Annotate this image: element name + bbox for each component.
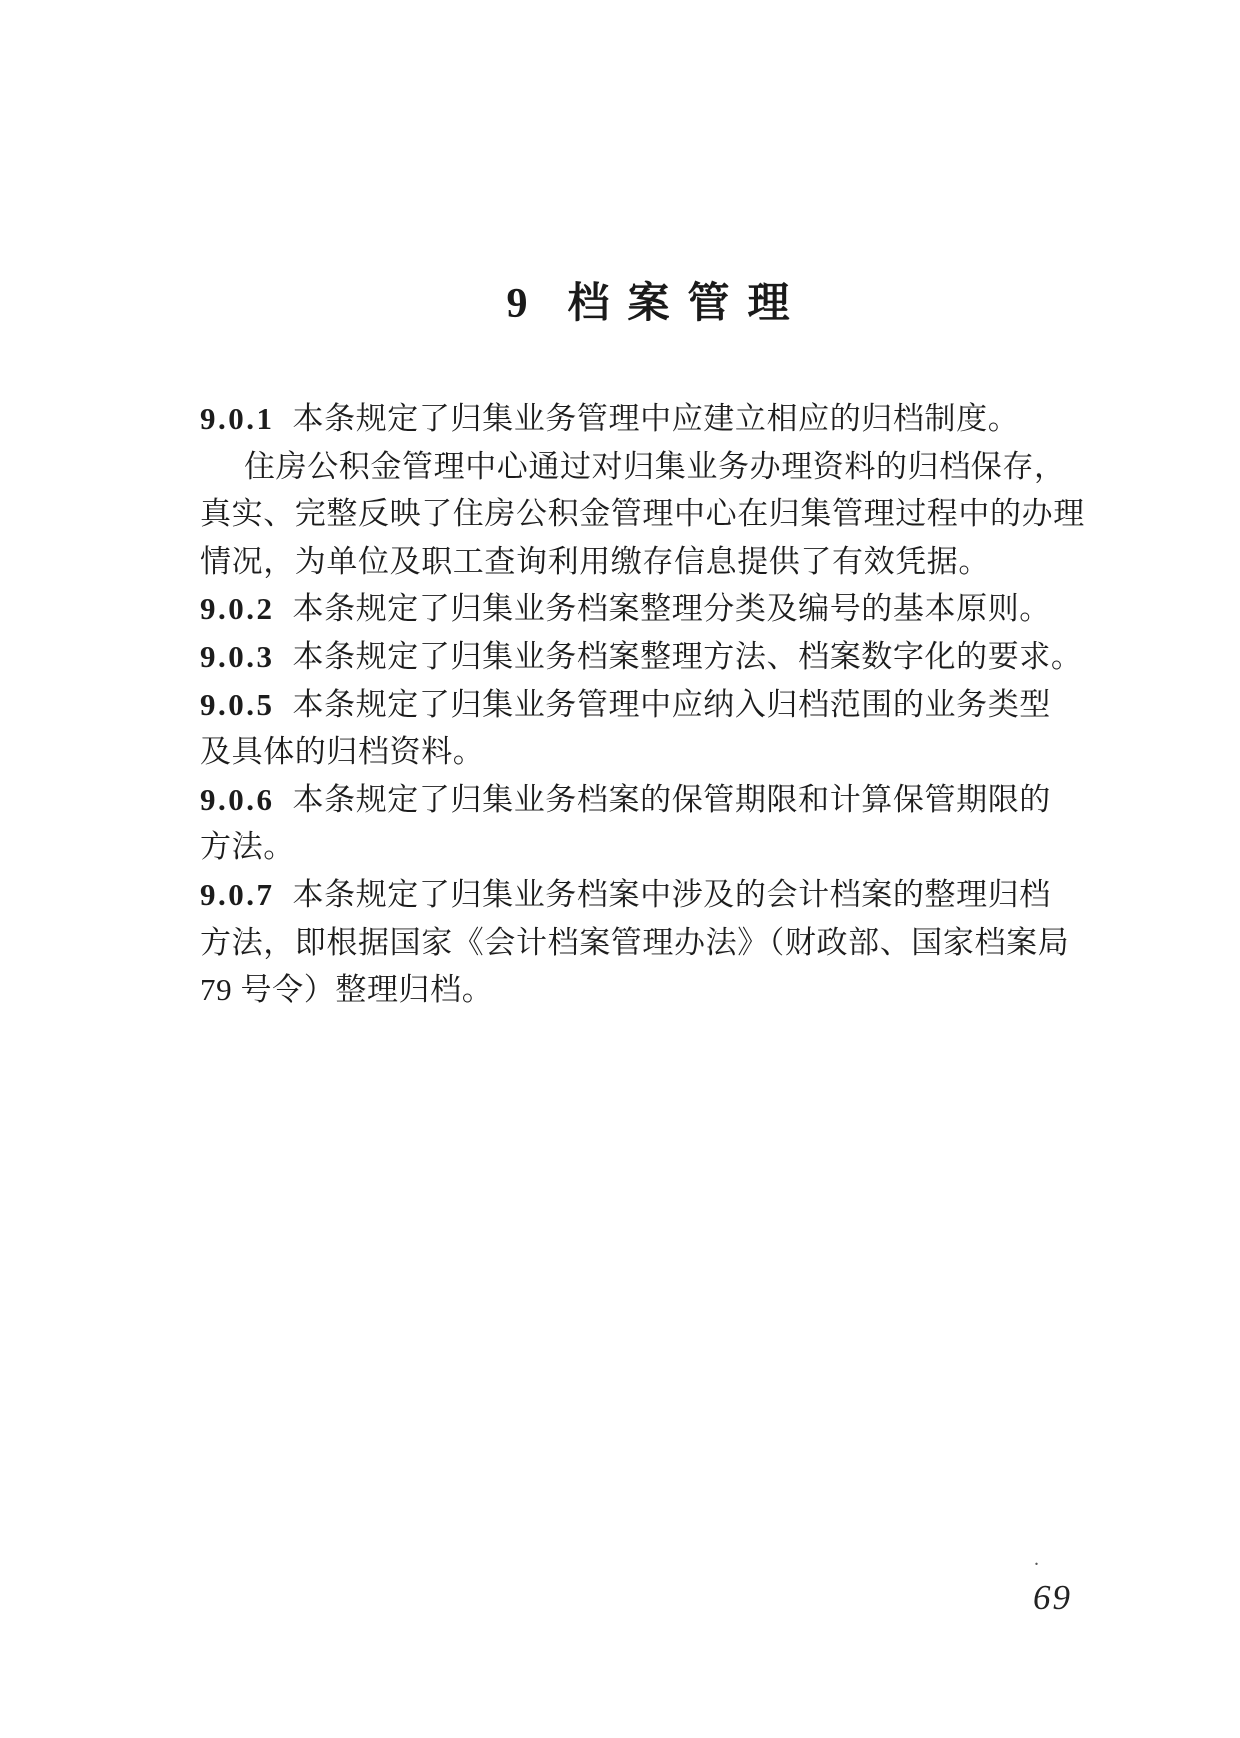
paragraph-line: 真实、完整反映了住房公积金管理中心在归集管理过程中的办理	[200, 490, 1092, 538]
paragraph-9-0-3: 9.0.3本条规定了归集业务档案整理方法、档案数字化的要求。	[200, 633, 1092, 681]
paragraph-line: 情况，为单位及职工查询利用缴存信息提供了有效凭据。	[200, 538, 1092, 586]
chapter-title: 9档案管理	[0, 0, 1240, 330]
paragraph-line: 及具体的归档资料。	[200, 728, 1092, 776]
chapter-number: 9	[506, 281, 527, 327]
clause-number: 9.0.6	[200, 782, 275, 817]
paragraph-line: 方法，即根据国家《会计档案管理办法》（财政部、国家档案局	[200, 919, 1092, 967]
paragraph-line: 方法。	[200, 823, 1092, 871]
clause-number: 9.0.7	[200, 877, 275, 912]
paragraph-text: 本条规定了归集业务档案整理分类及编号的基本原则。	[293, 591, 1051, 626]
paragraph-9-0-5: 9.0.5本条规定了归集业务管理中应纳入归档范围的业务类型 及具体的归档资料。	[200, 681, 1092, 776]
paragraph-9-0-6: 9.0.6本条规定了归集业务档案的保管期限和计算保管期限的 方法。	[200, 776, 1092, 871]
paragraph-text: 本条规定了归集业务档案整理方法、档案数字化的要求。	[293, 639, 1083, 674]
paragraph-9-0-1: 9.0.1本条规定了归集业务管理中应建立相应的归档制度。	[200, 395, 1092, 443]
clause-number: 9.0.3	[200, 639, 275, 674]
paragraph-line: 9.0.1本条规定了归集业务管理中应建立相应的归档制度。	[200, 395, 1092, 443]
paragraph-text: 本条规定了归集业务管理中应建立相应的归档制度。	[293, 401, 1020, 436]
paragraph-line: 9.0.6本条规定了归集业务档案的保管期限和计算保管期限的	[200, 776, 1092, 824]
paragraph-text: 本条规定了归集业务档案的保管期限和计算保管期限的	[293, 782, 1051, 817]
chapter-title-text: 档案管理	[567, 281, 807, 327]
paragraph-explanation: 住房公积金管理中心通过对归集业务办理资料的归档保存， 真实、完整反映了住房公积金…	[200, 443, 1092, 586]
paragraph-text: 本条规定了归集业务档案中涉及的会计档案的整理归档	[293, 877, 1051, 912]
clause-number: 9.0.1	[200, 401, 275, 436]
stray-scan-mark: .	[1034, 1548, 1039, 1571]
paragraph-line: 9.0.3本条规定了归集业务档案整理方法、档案数字化的要求。	[200, 633, 1092, 681]
paragraph-line: 9.0.5本条规定了归集业务管理中应纳入归档范围的业务类型	[200, 681, 1092, 729]
document-page: 9档案管理 9.0.1本条规定了归集业务管理中应建立相应的归档制度。 住房公积金…	[0, 0, 1240, 1738]
paragraph-line: 9.0.7本条规定了归集业务档案中涉及的会计档案的整理归档	[200, 871, 1092, 919]
paragraph-9-0-7: 9.0.7本条规定了归集业务档案中涉及的会计档案的整理归档 方法，即根据国家《会…	[200, 871, 1092, 1014]
paragraph-text: 本条规定了归集业务管理中应纳入归档范围的业务类型	[293, 687, 1051, 722]
page-number: 69	[1033, 1578, 1072, 1618]
clause-number: 9.0.5	[200, 687, 275, 722]
paragraph-line: 9.0.2本条规定了归集业务档案整理分类及编号的基本原则。	[200, 585, 1092, 633]
paragraph-line: 住房公积金管理中心通过对归集业务办理资料的归档保存，	[200, 443, 1092, 491]
paragraph-line: 79 号令）整理归档。	[200, 966, 1092, 1014]
clause-number: 9.0.2	[200, 591, 275, 626]
document-body: 9.0.1本条规定了归集业务管理中应建立相应的归档制度。 住房公积金管理中心通过…	[200, 395, 1092, 1014]
paragraph-9-0-2: 9.0.2本条规定了归集业务档案整理分类及编号的基本原则。	[200, 585, 1092, 633]
